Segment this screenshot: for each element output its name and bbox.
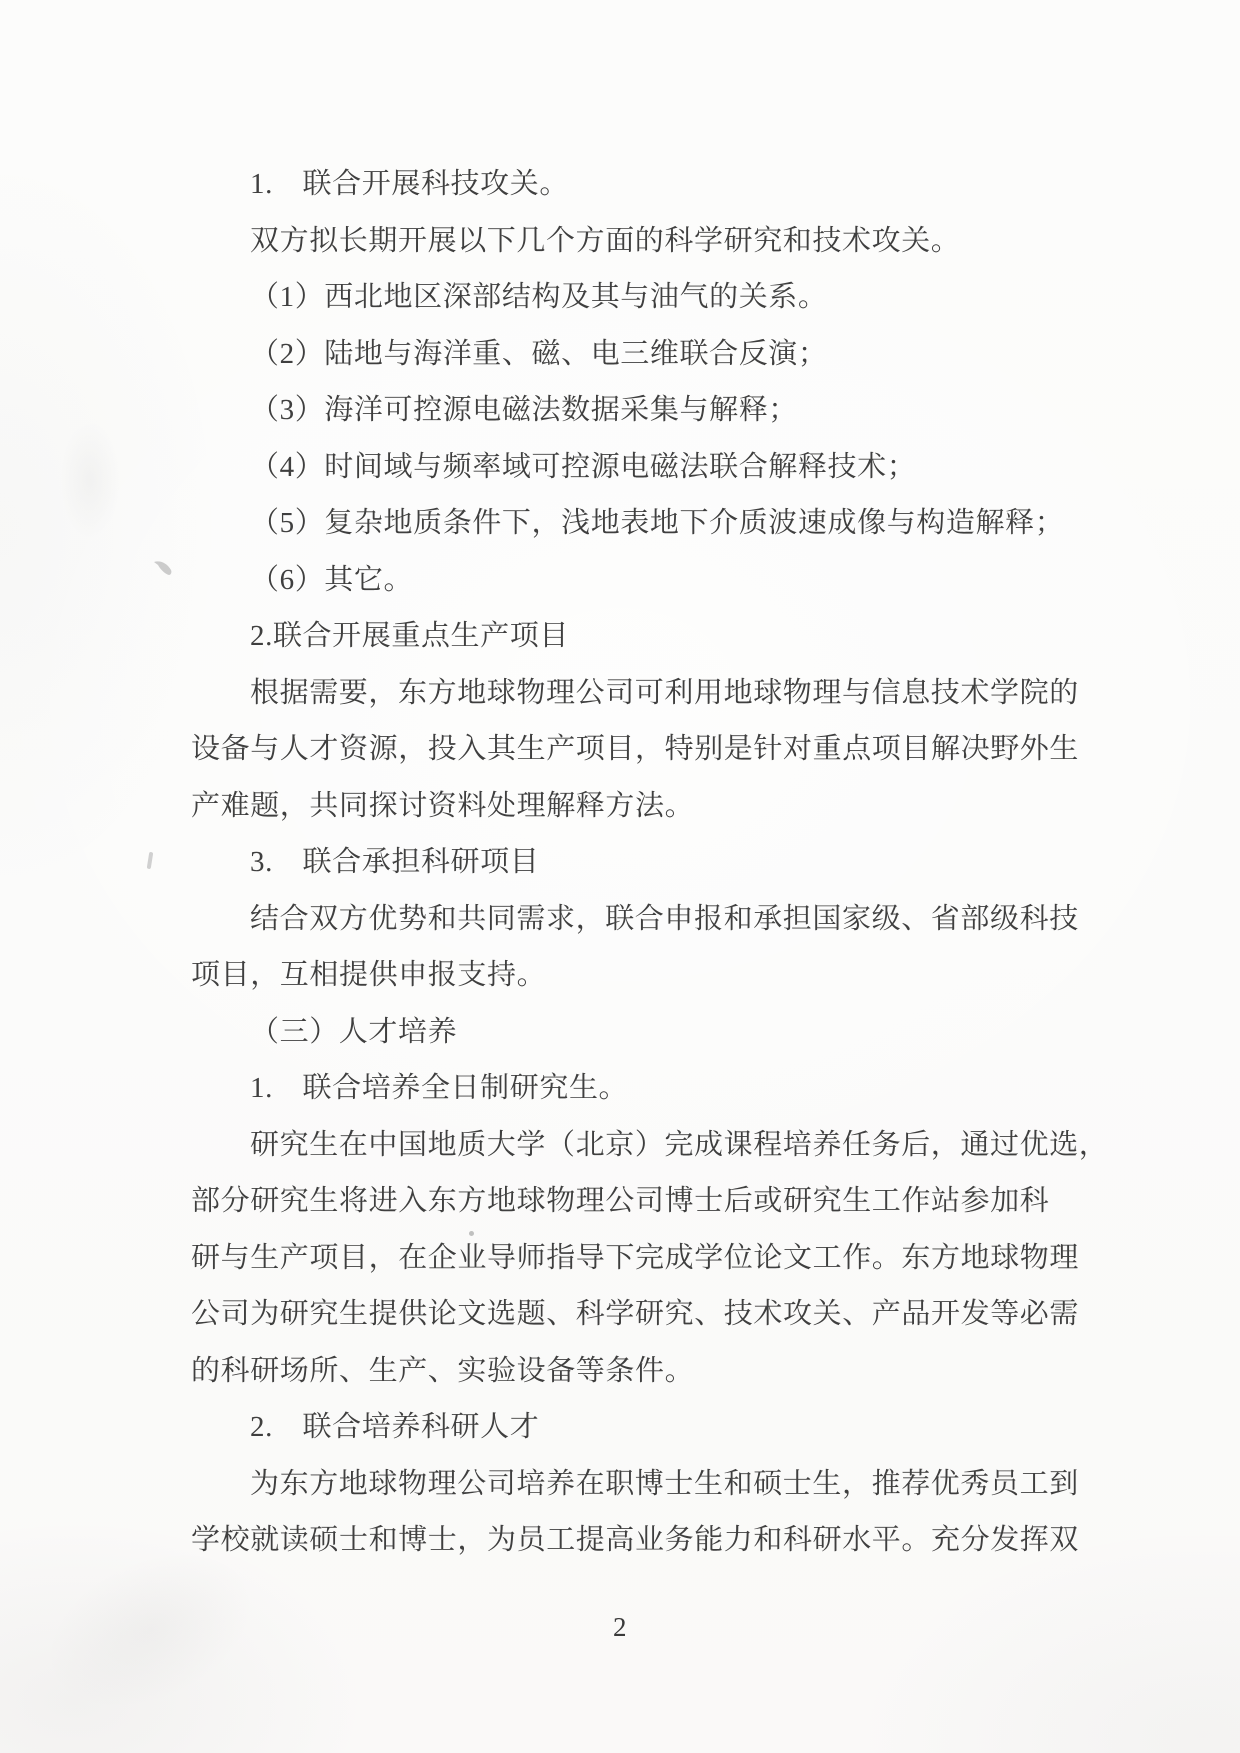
text-line: 项目，互相提供申报支持。 <box>191 947 1111 1004</box>
text-line: 双方拟长期开展以下几个方面的科学研究和技术攻关。 <box>191 213 1111 270</box>
text-line: 1. 联合培养全日制研究生。 <box>191 1060 1111 1117</box>
text-line: 产难题，共同探讨资料处理解释方法。 <box>191 778 1111 835</box>
scan-artifact-dot <box>469 1231 474 1236</box>
document-body: 1. 联合开展科技攻关。 双方拟长期开展以下几个方面的科学研究和技术攻关。 （1… <box>191 156 1111 1569</box>
text-line: 学校就读硕士和博士，为员工提高业务能力和科研水平。充分发挥双 <box>191 1512 1111 1569</box>
scanned-document-page: { "document": { "paper_color": "#fbfbfa"… <box>0 0 1240 1753</box>
text-line: 2.联合开展重点生产项目 <box>191 608 1111 665</box>
text-line: （5）复杂地质条件下，浅地表地下介质波速成像与构造解释； <box>191 495 1111 552</box>
text-line: 结合双方优势和共同需求，联合申报和承担国家级、省部级科技 <box>191 891 1111 948</box>
text-line: 部分研究生将进入东方地球物理公司博士后或研究生工作站参加科 <box>191 1173 1111 1230</box>
text-line: （1）西北地区深部结构及其与油气的关系。 <box>191 269 1111 326</box>
scan-smudge <box>60 420 120 540</box>
text-line: （4）时间域与频率域可控源电磁法联合解释技术； <box>191 439 1111 496</box>
text-line: 的科研场所、生产、实验设备等条件。 <box>191 1343 1111 1400</box>
text-line: 3. 联合承担科研项目 <box>191 834 1111 891</box>
text-line: 1. 联合开展科技攻关。 <box>191 156 1111 213</box>
text-line: （3）海洋可控源电磁法数据采集与解释； <box>191 382 1111 439</box>
text-line: 2. 联合培养科研人才 <box>191 1399 1111 1456</box>
scan-artifact-mark <box>151 556 177 582</box>
text-line: 公司为研究生提供论文选题、科学研究、技术攻关、产品开发等必需 <box>191 1286 1111 1343</box>
text-line: 研究生在中国地质大学（北京）完成课程培养任务后，通过优选， <box>191 1117 1111 1174</box>
text-line: （6）其它。 <box>191 552 1111 609</box>
text-line: （三）人才培养 <box>191 1004 1111 1061</box>
text-line: 设备与人才资源，投入其生产项目，特别是针对重点项目解决野外生 <box>191 721 1111 778</box>
text-line: 研与生产项目，在企业导师指导下完成学位论文工作。东方地球物理 <box>191 1230 1111 1287</box>
text-line: 为东方地球物理公司培养在职博士生和硕士生，推荐优秀员工到 <box>191 1456 1111 1513</box>
text-line: （2）陆地与海洋重、磁、电三维联合反演； <box>191 326 1111 383</box>
text-line: 根据需要，东方地球物理公司可利用地球物理与信息技术学院的 <box>191 665 1111 722</box>
